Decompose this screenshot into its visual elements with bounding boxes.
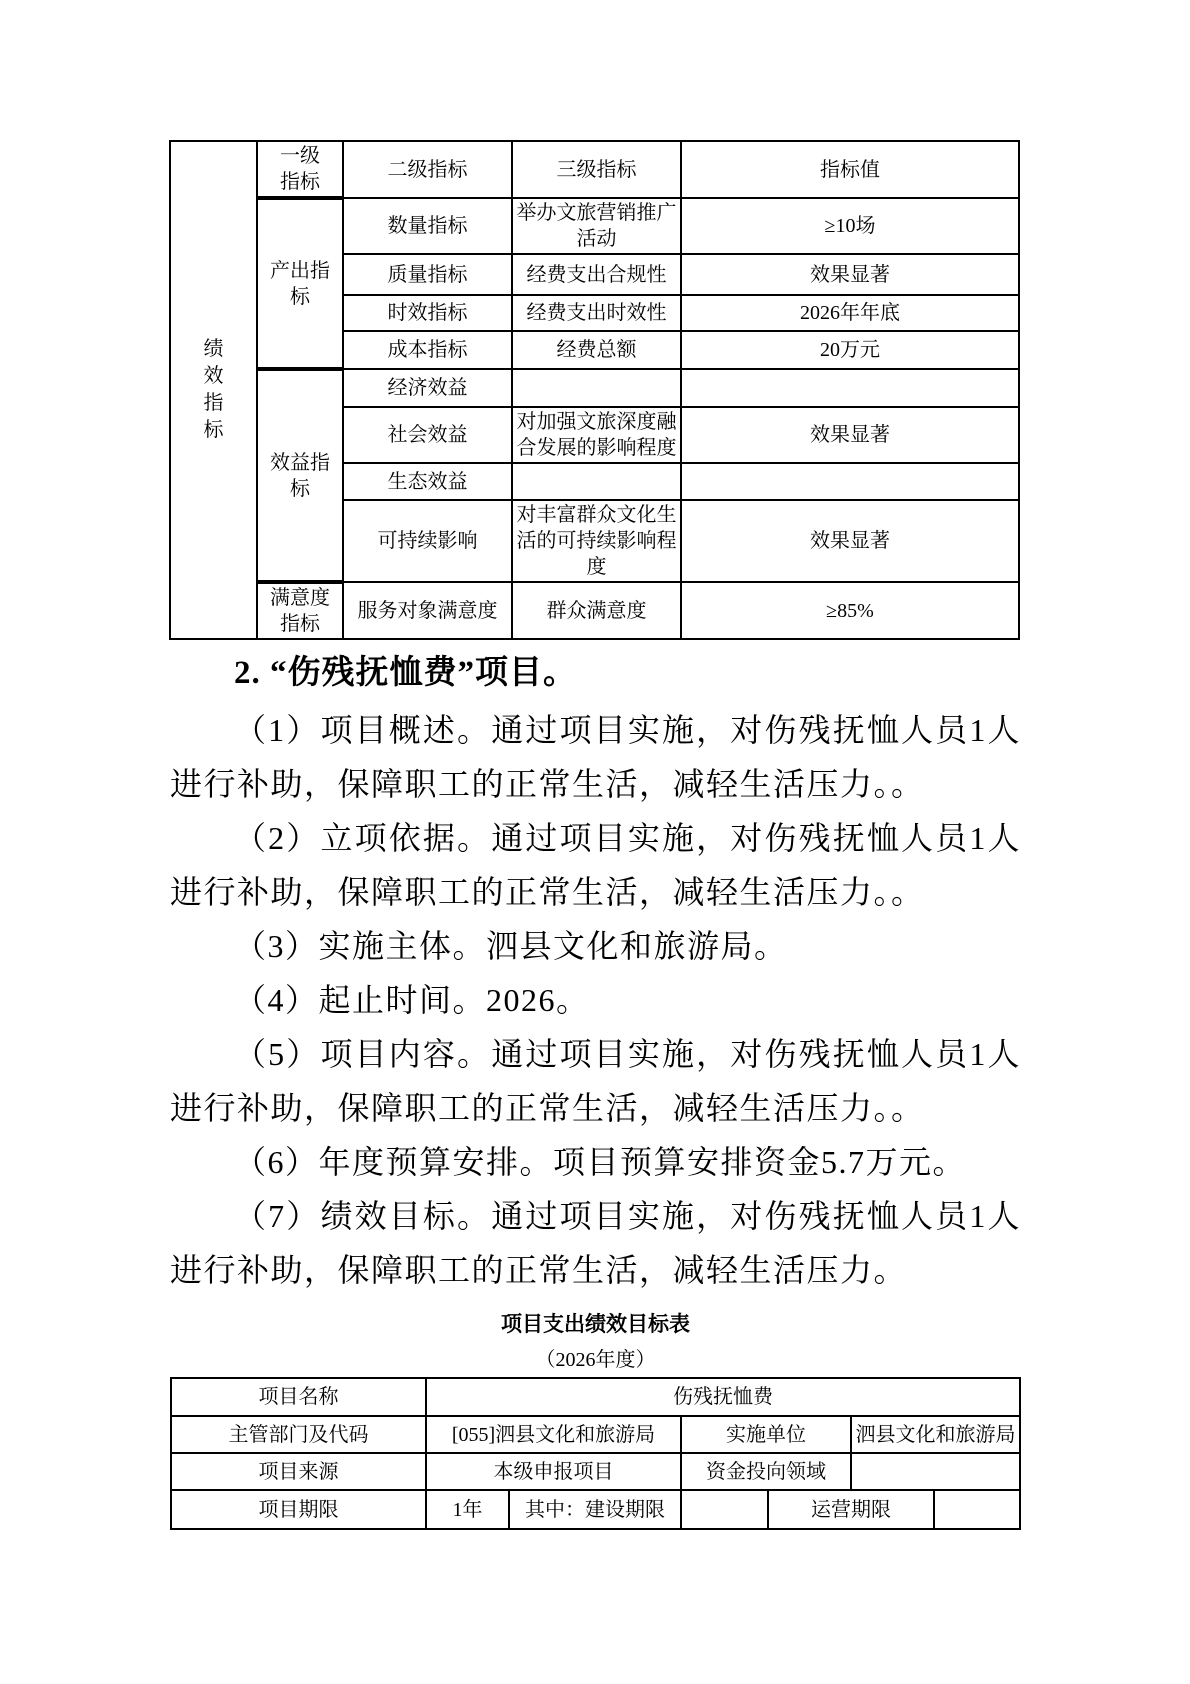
document-page: 绩 效 指 标 一级 指标 二级指标 三级指标 指标值 产出指 标 数量指标 举… (0, 0, 1190, 1684)
project-section: 2. “伤残抚恤费”项目。 （1）项目概述。通过项目实施，对伤残抚恤人员1人进行… (170, 646, 1021, 1297)
fund-field-value-cell (851, 1453, 1020, 1490)
economic-benefit-cell: 经济效益 (343, 369, 512, 407)
paragraph-goal: （7）绩效目标。通过项目实施，对伤残抚恤人员1人进行补助，保障职工的正常生活，减… (170, 1189, 1021, 1297)
project-name-label-cell: 项目名称 (171, 1378, 426, 1416)
side-label-text: 绩 效 指 标 (202, 336, 226, 444)
satisfaction-indicator-value-cell: ≥85% (681, 582, 1019, 639)
project-goal-table: 项目名称 伤残抚恤费 主管部门及代码 [055]泗县文化和旅游局 实施单位 泗县… (170, 1377, 1021, 1530)
level3-header-cell: 三级指标 (512, 141, 681, 198)
sustainability-l3-cell: 对丰富群众文化生 活的可持续影响程 度 (512, 500, 681, 582)
performance-indicator-table: 绩 效 指 标 一级 指标 二级指标 三级指标 指标值 产出指 标 数量指标 举… (169, 140, 1020, 640)
social-benefit-cell: 社会效益 (343, 407, 512, 463)
goal-table-subtitle: （2026年度） (170, 1348, 1021, 1372)
project-source-label-cell: 项目来源 (171, 1453, 426, 1490)
operation-term-label-cell: 运营期限 (768, 1490, 934, 1529)
paragraph-overview: （1）项目概述。通过项目实施，对伤残抚恤人员1人进行补助，保障职工的正常生活，减… (170, 703, 1021, 811)
benefit-group-label-cell: 效益指 标 (257, 369, 343, 582)
ecological-benefit-value-cell (681, 463, 1019, 500)
timeliness-indicator-value-cell: 2026年年底 (681, 295, 1019, 331)
output-group-label-cell: 产出指 标 (257, 198, 343, 369)
paragraph-duration: （4）起止时间。2026。 (170, 973, 1021, 1027)
quantity-indicator-cell: 数量指标 (343, 198, 512, 254)
paragraph-content: （5）项目内容。通过项目实施，对伤残抚恤人员1人进行补助，保障职工的正常生活，减… (170, 1027, 1021, 1135)
construction-term-label-cell: 其中：建设期限 (509, 1490, 681, 1529)
project-term-value-cell: 1年 (426, 1490, 509, 1529)
fund-field-label-cell: 资金投向领域 (681, 1453, 851, 1490)
side-label-cell: 绩 效 指 标 (170, 141, 257, 639)
economic-benefit-l3-cell (512, 369, 681, 407)
economic-benefit-value-cell (681, 369, 1019, 407)
social-benefit-l3-cell: 对加强文旅深度融 合发展的影响程度 (512, 407, 681, 463)
goal-table-title: 项目支出绩效目标表 (170, 1311, 1021, 1337)
project-name-value-cell: 伤残抚恤费 (426, 1378, 1020, 1416)
social-benefit-value-cell: 效果显著 (681, 407, 1019, 463)
implement-unit-value-cell: 泗县文化和旅游局 (851, 1416, 1020, 1453)
satisfaction-group-label-cell: 满意度 指标 (257, 582, 343, 639)
quality-indicator-value-cell: 效果显著 (681, 254, 1019, 295)
level1-header-cell: 一级 指标 (257, 141, 343, 198)
sustainability-cell: 可持续影响 (343, 500, 512, 582)
project-term-label-cell: 项目期限 (171, 1490, 426, 1529)
operation-term-value-cell (934, 1490, 1020, 1529)
section-heading: 2. “伤残抚恤费”项目。 (170, 646, 1021, 700)
satisfaction-indicator-cell: 服务对象满意度 (343, 582, 512, 639)
quality-indicator-cell: 质量指标 (343, 254, 512, 295)
quantity-indicator-value-cell: ≥10场 (681, 198, 1019, 254)
timeliness-indicator-cell: 时效指标 (343, 295, 512, 331)
implement-unit-label-cell: 实施单位 (681, 1416, 851, 1453)
paragraph-implementer: （3）实施主体。泗县文化和旅游局。 (170, 919, 1021, 973)
cost-indicator-cell: 成本指标 (343, 331, 512, 369)
satisfaction-indicator-l3-cell: 群众满意度 (512, 582, 681, 639)
quality-indicator-l3-cell: 经费支出合规性 (512, 254, 681, 295)
cost-indicator-value-cell: 20万元 (681, 331, 1019, 369)
paragraph-budget: （6）年度预算安排。项目预算安排资金5.7万元。 (170, 1135, 1021, 1189)
sustainability-value-cell: 效果显著 (681, 500, 1019, 582)
quantity-indicator-l3-cell: 举办文旅营销推广 活动 (512, 198, 681, 254)
cost-indicator-l3-cell: 经费总额 (512, 331, 681, 369)
timeliness-indicator-l3-cell: 经费支出时效性 (512, 295, 681, 331)
project-source-value-cell: 本级申报项目 (426, 1453, 681, 1490)
value-header-cell: 指标值 (681, 141, 1019, 198)
ecological-benefit-l3-cell (512, 463, 681, 500)
level2-header-cell: 二级指标 (343, 141, 512, 198)
construction-term-value-cell (681, 1490, 768, 1529)
paragraph-basis: （2）立项依据。通过项目实施，对伤残抚恤人员1人进行补助，保障职工的正常生活，减… (170, 811, 1021, 919)
department-label-cell: 主管部门及代码 (171, 1416, 426, 1453)
department-value-cell: [055]泗县文化和旅游局 (426, 1416, 681, 1453)
ecological-benefit-cell: 生态效益 (343, 463, 512, 500)
